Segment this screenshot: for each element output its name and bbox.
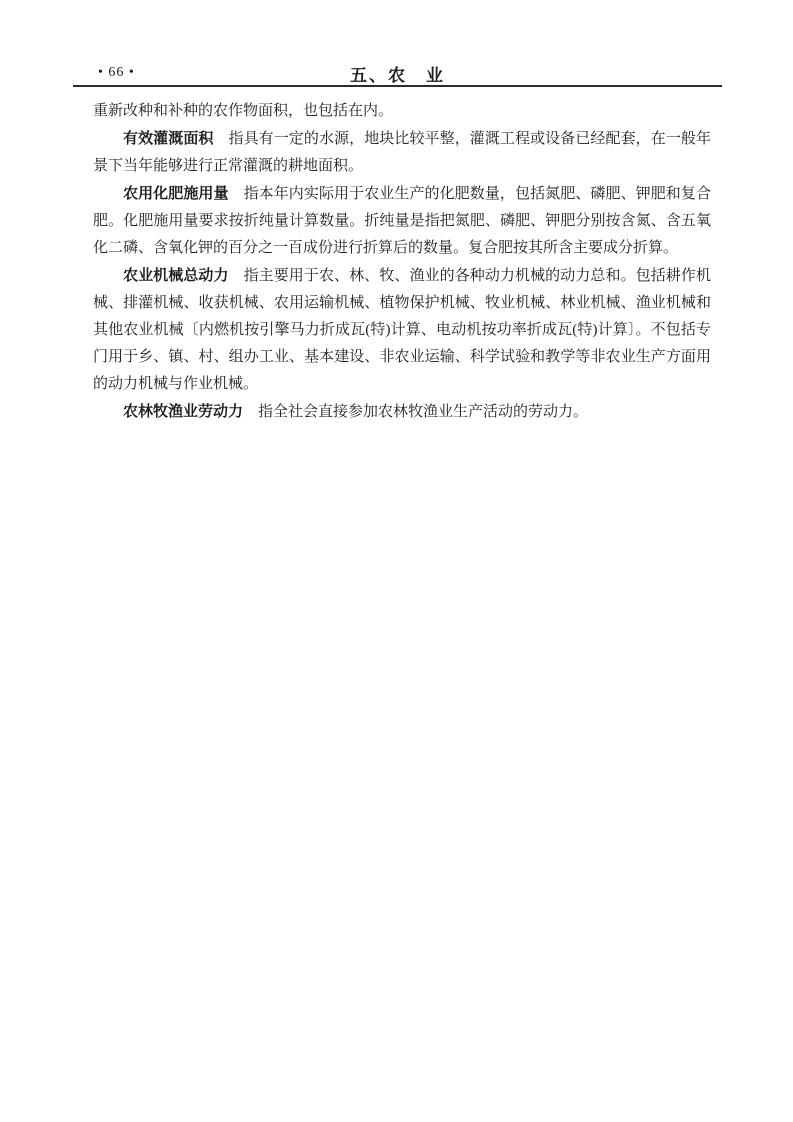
definition-text: 指全社会直接参加农林牧渔业生产活动的劳动力。 [258, 404, 588, 420]
term-label: 农业机械总动力 [123, 267, 229, 284]
term-label: 农林牧渔业劳动力 [123, 403, 243, 420]
term-label: 农用化肥施用量 [123, 185, 229, 202]
definition-text: 指主要用于农、林、牧、渔业的各种动力机械的动力总和。包括耕作机械、排灌机械、收获… [93, 268, 711, 392]
term-label: 有效灌溉面积 [123, 130, 213, 147]
chapter-title: 五、农 业 [73, 61, 722, 86]
page-body: 重新改种和补种的农作物面积，也包括在内。 有效灌溉面积指具有一定的水源，地块比较… [93, 98, 711, 426]
document-page: • 66 • 五、农 业 重新改种和补种的农作物面积，也包括在内。 有效灌溉面积… [0, 0, 793, 1122]
paragraph-continuation: 重新改种和补种的农作物面积，也包括在内。 [93, 98, 711, 125]
page-header: • 66 • 五、农 业 [73, 61, 722, 87]
paragraph-chemical-fertilizer-use: 农用化肥施用量指本年内实际用于农业生产的化肥数量，包括氮肥、磷肥、钾肥和复合肥。… [93, 180, 711, 262]
paragraph-agricultural-machinery-power: 农业机械总动力指主要用于农、林、牧、渔业的各种动力机械的动力总和。包括耕作机械、… [93, 262, 711, 398]
paragraph-effective-irrigated-area: 有效灌溉面积指具有一定的水源，地块比较平整，灌溉工程或设备已经配套，在一般年景下… [93, 125, 711, 180]
paragraph-farming-labor-force: 农林牧渔业劳动力指全社会直接参加农林牧渔业生产活动的劳动力。 [93, 398, 711, 426]
header-row: • 66 • 五、农 业 [73, 61, 722, 84]
page-number: • 66 • [98, 65, 135, 81]
paragraph-text: 重新改种和补种的农作物面积，也包括在内。 [93, 103, 393, 119]
